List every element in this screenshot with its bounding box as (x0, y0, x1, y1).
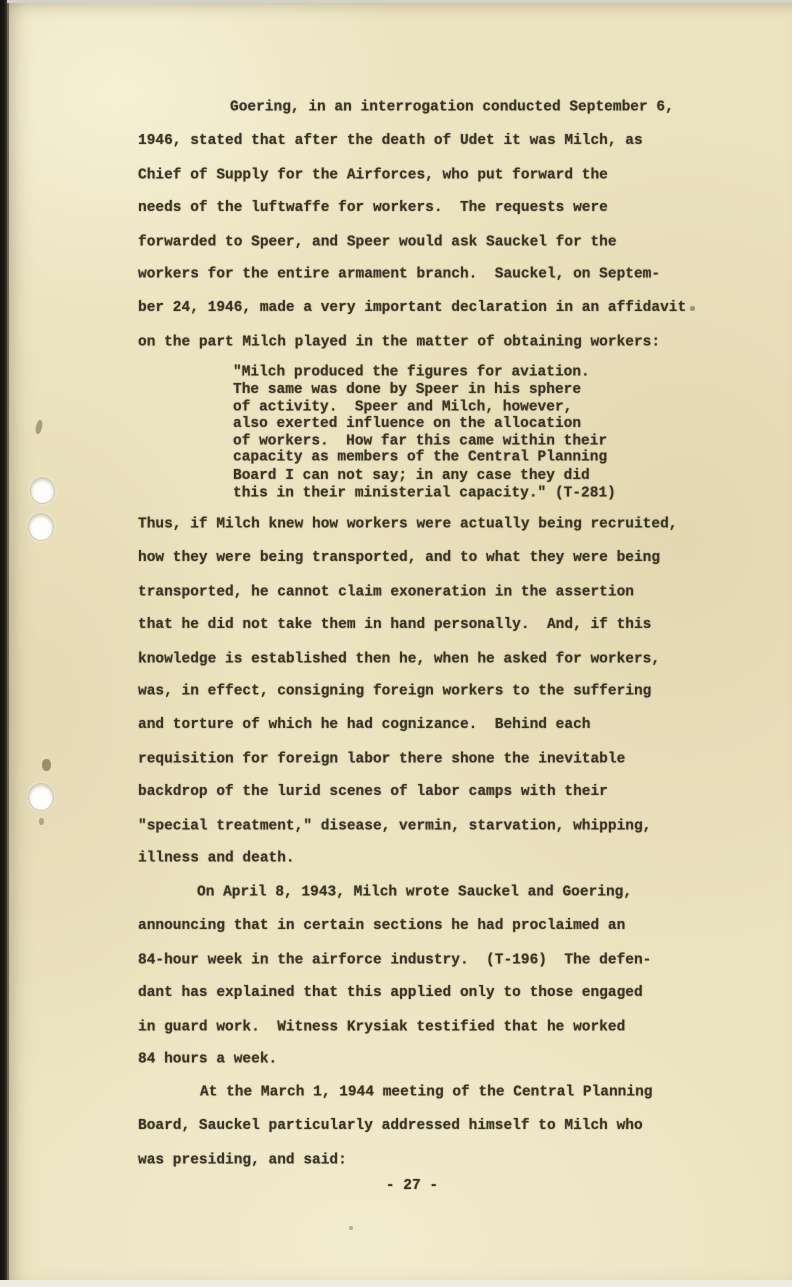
text-line: Board I can not say; in any case they di… (233, 468, 616, 485)
text-line: knowledge is established then he, when h… (138, 643, 678, 676)
text-line: 84 hours a week. (138, 1043, 651, 1076)
text-line: 84-hour week in the airforce industry. (… (138, 944, 651, 977)
text-line: Chief of Supply for the Airforces, who p… (138, 159, 686, 192)
text-line: workers for the entire armament branch. … (138, 258, 686, 291)
text-line: Board, Sauckel particularly addressed hi… (138, 1110, 652, 1143)
text-line: on the part Milch played in the matter o… (138, 326, 686, 359)
text-line: in guard work. Witness Krysiak testified… (138, 1011, 651, 1044)
text-line: of workers. How far this came within the… (233, 434, 616, 451)
text-line: forwarded to Speer, and Speer would ask … (138, 226, 686, 259)
text-line: was presiding, and said: (138, 1144, 652, 1177)
text-line: The same was done by Speer in his sphere (233, 382, 616, 399)
text-line: capacity as members of the Central Plann… (233, 450, 616, 467)
paragraph: Goering, in an interrogation conducted S… (138, 92, 686, 359)
paragraph: At the March 1, 1944 meeting of the Cent… (138, 1077, 652, 1177)
document-text: Goering, in an interrogation conducted S… (0, 0, 792, 1287)
paragraph: Thus, if Milch knew how workers were act… (138, 509, 678, 876)
text-line: that he did not take them in hand person… (138, 609, 678, 642)
text-line: was, in effect, consigning foreign worke… (138, 675, 678, 708)
text-line: and torture of which he had cognizance. … (138, 709, 678, 742)
text-line: requisition for foreign labor there shon… (138, 743, 678, 776)
text-line: 1946, stated that after the death of Ude… (138, 125, 686, 158)
text-line: On April 8, 1943, Milch wrote Sauckel an… (138, 877, 651, 910)
text-line: "special treatment," disease, vermin, st… (138, 810, 678, 843)
text-line: of activity. Speer and Milch, however, (233, 400, 616, 417)
text-line: dant has explained that this applied onl… (138, 977, 651, 1010)
text-line: Goering, in an interrogation conducted S… (138, 92, 686, 125)
text-line: "Milch produced the figures for aviation… (233, 365, 616, 382)
text-line: needs of the luftwaffe for workers. The … (138, 192, 686, 225)
text-line: illness and death. (138, 842, 678, 875)
page-number: - 27 - (138, 1176, 686, 1196)
text-line: also exerted influence on the allocation (233, 416, 616, 433)
text-line: ber 24, 1946, made a very important decl… (138, 292, 686, 325)
text-line: backdrop of the lurid scenes of labor ca… (138, 776, 678, 809)
text-line: announcing that in certain sections he h… (138, 910, 651, 943)
text-line: this in their ministerial capacity." (T-… (233, 485, 616, 502)
paragraph: On April 8, 1943, Milch wrote Sauckel an… (138, 877, 651, 1077)
text-line: At the March 1, 1944 meeting of the Cent… (138, 1077, 652, 1110)
scanned-document-page: Goering, in an interrogation conducted S… (0, 0, 792, 1287)
text-line: Thus, if Milch knew how workers were act… (138, 509, 678, 542)
block-quote: "Milch produced the figures for aviation… (233, 365, 616, 502)
text-line: how they were being transported, and to … (138, 542, 678, 575)
text-line: transported, he cannot claim exoneration… (138, 576, 678, 609)
